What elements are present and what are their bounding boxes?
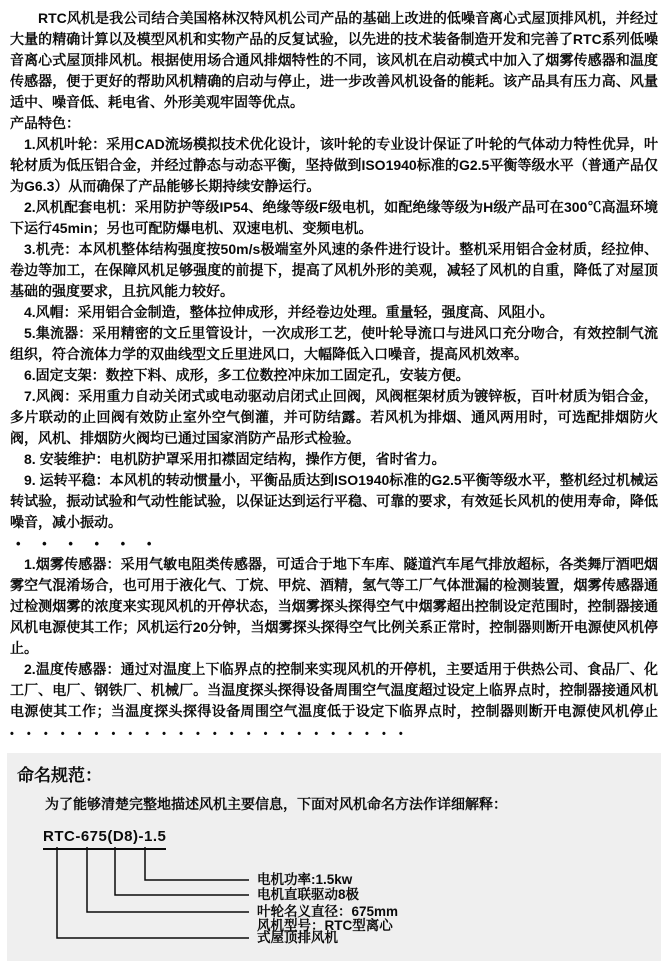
feature-item-5: 5.集流器：采用精密的文丘里管设计，一次成形工艺，使叶轮导流口与进风口充分吻合，… bbox=[10, 323, 658, 365]
product-document: RTC风机是我公司结合美国格林汉特风机公司产品的基础上改进的低噪音离心式屋顶排风… bbox=[0, 0, 668, 961]
feature-item-9: 9. 运转平稳：本风机的转动惯量小，平衡品质达到ISO1940标准的G2.5平衡… bbox=[10, 470, 658, 533]
label-impeller-diameter: 叶轮名义直径：675mm bbox=[257, 905, 398, 919]
feature-item-2: 2.风机配套电机：采用防护等级IP54、绝缘等级F级电机，如配绝缘等级为H级产品… bbox=[10, 197, 658, 239]
label-motor-power: 电机功率:1.5kw bbox=[257, 873, 352, 887]
sensor-item-smoke: 1.烟雾传感器：采用气敏电阻类传感器，可适合于地下车库、隧道汽车尾气排放超标，各… bbox=[10, 554, 658, 659]
features-heading: 产品特色： bbox=[10, 113, 658, 134]
feature-item-8: 8. 安装维护：电机防护罩采用扣襟固定结构，操作方便，省时省力。 bbox=[10, 449, 658, 470]
feature-item-4: 4.风帽：采用铝合金制造，整体拉伸成形，并经卷边处理。重量轻，强度高、风阻小。 bbox=[10, 302, 658, 323]
trailing-dots: • • • • • • • • • • • • • • • • • • • • … bbox=[10, 728, 408, 740]
naming-intro: 为了能够清楚完整地描述风机主要信息，下面对风机命名方法作详细解释： bbox=[17, 794, 651, 815]
intro-paragraph: RTC风机是我公司结合美国格林汉特风机公司产品的基础上改进的低噪音离心式屋顶排风… bbox=[10, 8, 658, 113]
label-motor-drive: 电机直联驱动8极 bbox=[257, 888, 359, 902]
naming-heading: 命名规范： bbox=[17, 765, 651, 787]
sensor-item-temperature-text: 2.温度传感器：通过对温度上下临界点的控制来实现风机的开停机，主要适用于供热公司… bbox=[10, 661, 658, 719]
label-fan-model-line2: 式屋顶排风机 bbox=[257, 931, 338, 945]
model-naming-diagram: RTC-675(D8)-1.5 电机功率:1.5kw 电机直联驱动8极 叶轮名义… bbox=[17, 823, 651, 951]
feature-item-6: 6.固定支架：数控下料、成形，多工位数控冲床加工固定孔，安装方便。 bbox=[10, 365, 658, 386]
feature-item-7: 7.风阀：采用重力自动关闭式或电动驱动启闭式止回阀，风阀框架材质为镀锌板，百叶材… bbox=[10, 386, 658, 449]
feature-item-1: 1.风机叶轮：采用CAD流场模拟技术优化设计，该叶轮的专业设计保证了叶轮的气体动… bbox=[10, 134, 658, 197]
feature-item-3: 3.机壳：本风机整体结构强度按50m/s极端室外风速的条件进行设计。整机采用铝合… bbox=[10, 239, 658, 302]
sensor-item-temperature: 2.温度传感器：通过对温度上下临界点的控制来实现风机的开停机，主要适用于供热公司… bbox=[10, 659, 658, 745]
separator-dots: • • • • • • bbox=[10, 533, 658, 554]
naming-section: 命名规范： 为了能够清楚完整地描述风机主要信息，下面对风机命名方法作详细解释： … bbox=[7, 753, 661, 961]
